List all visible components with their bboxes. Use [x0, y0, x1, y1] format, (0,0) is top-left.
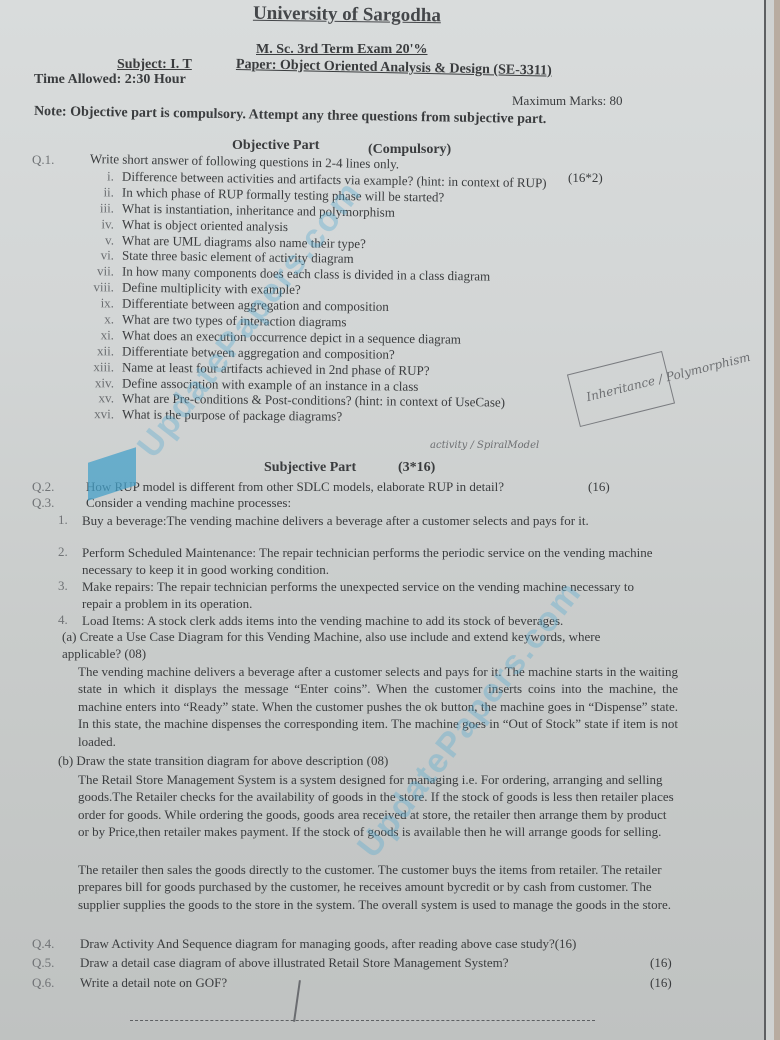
q2-label: Q.2. — [32, 479, 54, 495]
q6-text: Write a detail note on GOF? — [80, 975, 227, 991]
question-number: xiii. — [78, 359, 114, 375]
time-allowed: Time Allowed: 2:30 Hour — [34, 72, 186, 88]
process-number: 3. — [58, 578, 68, 594]
question-number: xi. — [78, 327, 114, 343]
question-text: What is object oriented analysis — [122, 216, 288, 233]
q3-intro: Consider a vending machine processes: — [86, 495, 291, 511]
question-number: x. — [78, 311, 114, 327]
exam-note: Note: Objective part is compulsory. Atte… — [34, 104, 547, 128]
process-number: 2. — [58, 544, 68, 560]
q2-marks: (16) — [588, 479, 610, 495]
question-number: vii. — [78, 263, 114, 279]
question-number: i. — [78, 168, 114, 184]
max-marks: Maximum Marks: 80 — [512, 93, 623, 109]
process-text: Buy a beverage:The vending machine deliv… — [82, 512, 662, 529]
question-number: xiv. — [78, 375, 114, 391]
q6-label: Q.6. — [32, 975, 54, 991]
question-number: iii. — [78, 200, 114, 216]
university-title: University of Sargodha — [253, 3, 441, 28]
q1-label: Q.1. — [32, 152, 54, 168]
subjective-marks: (3*16) — [398, 460, 435, 476]
question-text: Name at least four artifacts achieved in… — [122, 359, 430, 378]
question-number: viii. — [78, 279, 114, 295]
question-number: iv. — [78, 216, 114, 232]
handwritten-note: activity / SpiralModel — [430, 440, 539, 451]
question-number: xvi. — [78, 406, 114, 422]
q6-marks: (16) — [650, 975, 672, 991]
objective-title: Objective Part — [232, 138, 319, 154]
q3-label: Q.3. — [32, 495, 54, 511]
exam-term: M. Sc. 3rd Term Exam 20'% — [256, 42, 428, 58]
case-study-part-2: The retailer then sales the goods direct… — [78, 861, 678, 913]
question-number: vi. — [78, 247, 114, 263]
question-text: Differentiate between aggregation and co… — [122, 343, 395, 361]
footer-line — [130, 1020, 595, 1021]
q1-marks: (16*2) — [568, 170, 603, 186]
process-number: 1. — [58, 512, 68, 528]
subject-label: Subject: I. T — [117, 57, 192, 73]
question-number: xv. — [78, 390, 114, 406]
q3-part-a: (a) Create a Use Case Diagram for this V… — [62, 628, 662, 663]
q4-text: Draw Activity And Sequence diagram for m… — [80, 936, 576, 952]
question-number: ix. — [78, 295, 114, 311]
q5-text: Draw a detail case diagram of above illu… — [80, 955, 509, 971]
pen-mark — [293, 980, 301, 1022]
question-number: v. — [78, 232, 114, 248]
q3-part-b: (b) Draw the state transition diagram fo… — [58, 753, 388, 769]
q4-label: Q.4. — [32, 936, 54, 952]
q3-state-description: The vending machine delivers a beverage … — [78, 663, 678, 750]
q5-marks: (16) — [650, 955, 672, 971]
subjective-title: Subjective Part — [264, 460, 356, 476]
question-number: ii. — [78, 184, 114, 200]
process-text: Perform Scheduled Maintenance: The repai… — [82, 544, 662, 579]
process-number: 4. — [58, 612, 68, 628]
q2-text: How RUP model is different from other SD… — [86, 479, 504, 495]
question-number: xii. — [78, 343, 114, 359]
q5-label: Q.5. — [32, 955, 54, 971]
paper-right-edge — [764, 0, 780, 1040]
paper-label: Paper: Object Oriented Analysis & Design… — [236, 57, 552, 80]
